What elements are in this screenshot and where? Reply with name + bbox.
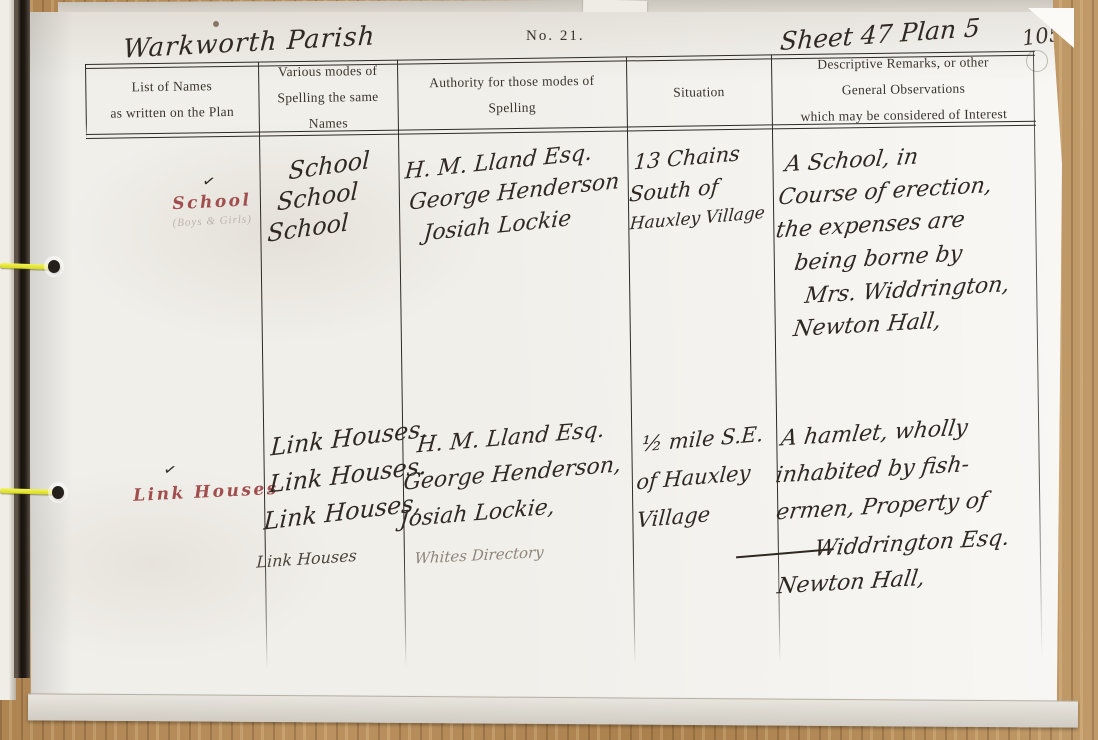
form-number: No. 21. — [526, 28, 585, 45]
checkmark: ✓ — [162, 460, 178, 480]
column-divider — [626, 56, 636, 664]
book-spine-gutter — [14, 0, 30, 678]
ink-speck — [213, 21, 219, 27]
column-header-remarks: Descriptive Remarks, or other General Ob… — [771, 55, 1036, 125]
row-linkhouses-situation-cell: ½ mile S.E. of Hauxley Village — [635, 431, 764, 547]
row-school-spellings-cell: School School School — [266, 156, 371, 250]
table-header-row: List of Names as written on the Plan Var… — [85, 55, 1036, 134]
scanned-register-photo: { "document": { "parish_title": "Warkwor… — [0, 0, 1098, 740]
column-header-authority: Authority for those modes of Spelling — [397, 60, 627, 129]
punch-hole-bottom — [52, 486, 64, 499]
authority-entry-pencil: Whites Directory — [413, 539, 623, 586]
column-header-situation: Situation — [626, 58, 772, 126]
remarks-line: Newton Hall, — [774, 561, 1012, 612]
register-page: Warkworth Parish No. 21. Sheet 47 Plan 5… — [28, 12, 1062, 702]
row-school-authority-cell: H. M. Lland Esq. George Henderson Josiah… — [404, 157, 620, 253]
column-header-names: List of Names as written on the Plan — [85, 66, 259, 134]
column-divider — [1033, 51, 1043, 659]
checkmark: ✓ — [201, 171, 217, 191]
name-book-table: List of Names as written on the Plan Var… — [85, 51, 1043, 676]
row-school-situation-cell: 13 Chains South of Hauxley Village — [628, 149, 765, 247]
row-linkhouses-authority-cell: H. M. Lland Esq. George Henderson, Josia… — [402, 431, 622, 587]
row-linkhouses-remarks-cell: A hamlet, wholly inhabited by fish- erme… — [774, 423, 1009, 611]
punch-hole-top — [48, 260, 60, 273]
column-header-spellings: Various modes of Spelling the same Names — [258, 64, 398, 132]
row-school-remarks-cell: A School, in Course of erection, the exp… — [774, 149, 1010, 350]
